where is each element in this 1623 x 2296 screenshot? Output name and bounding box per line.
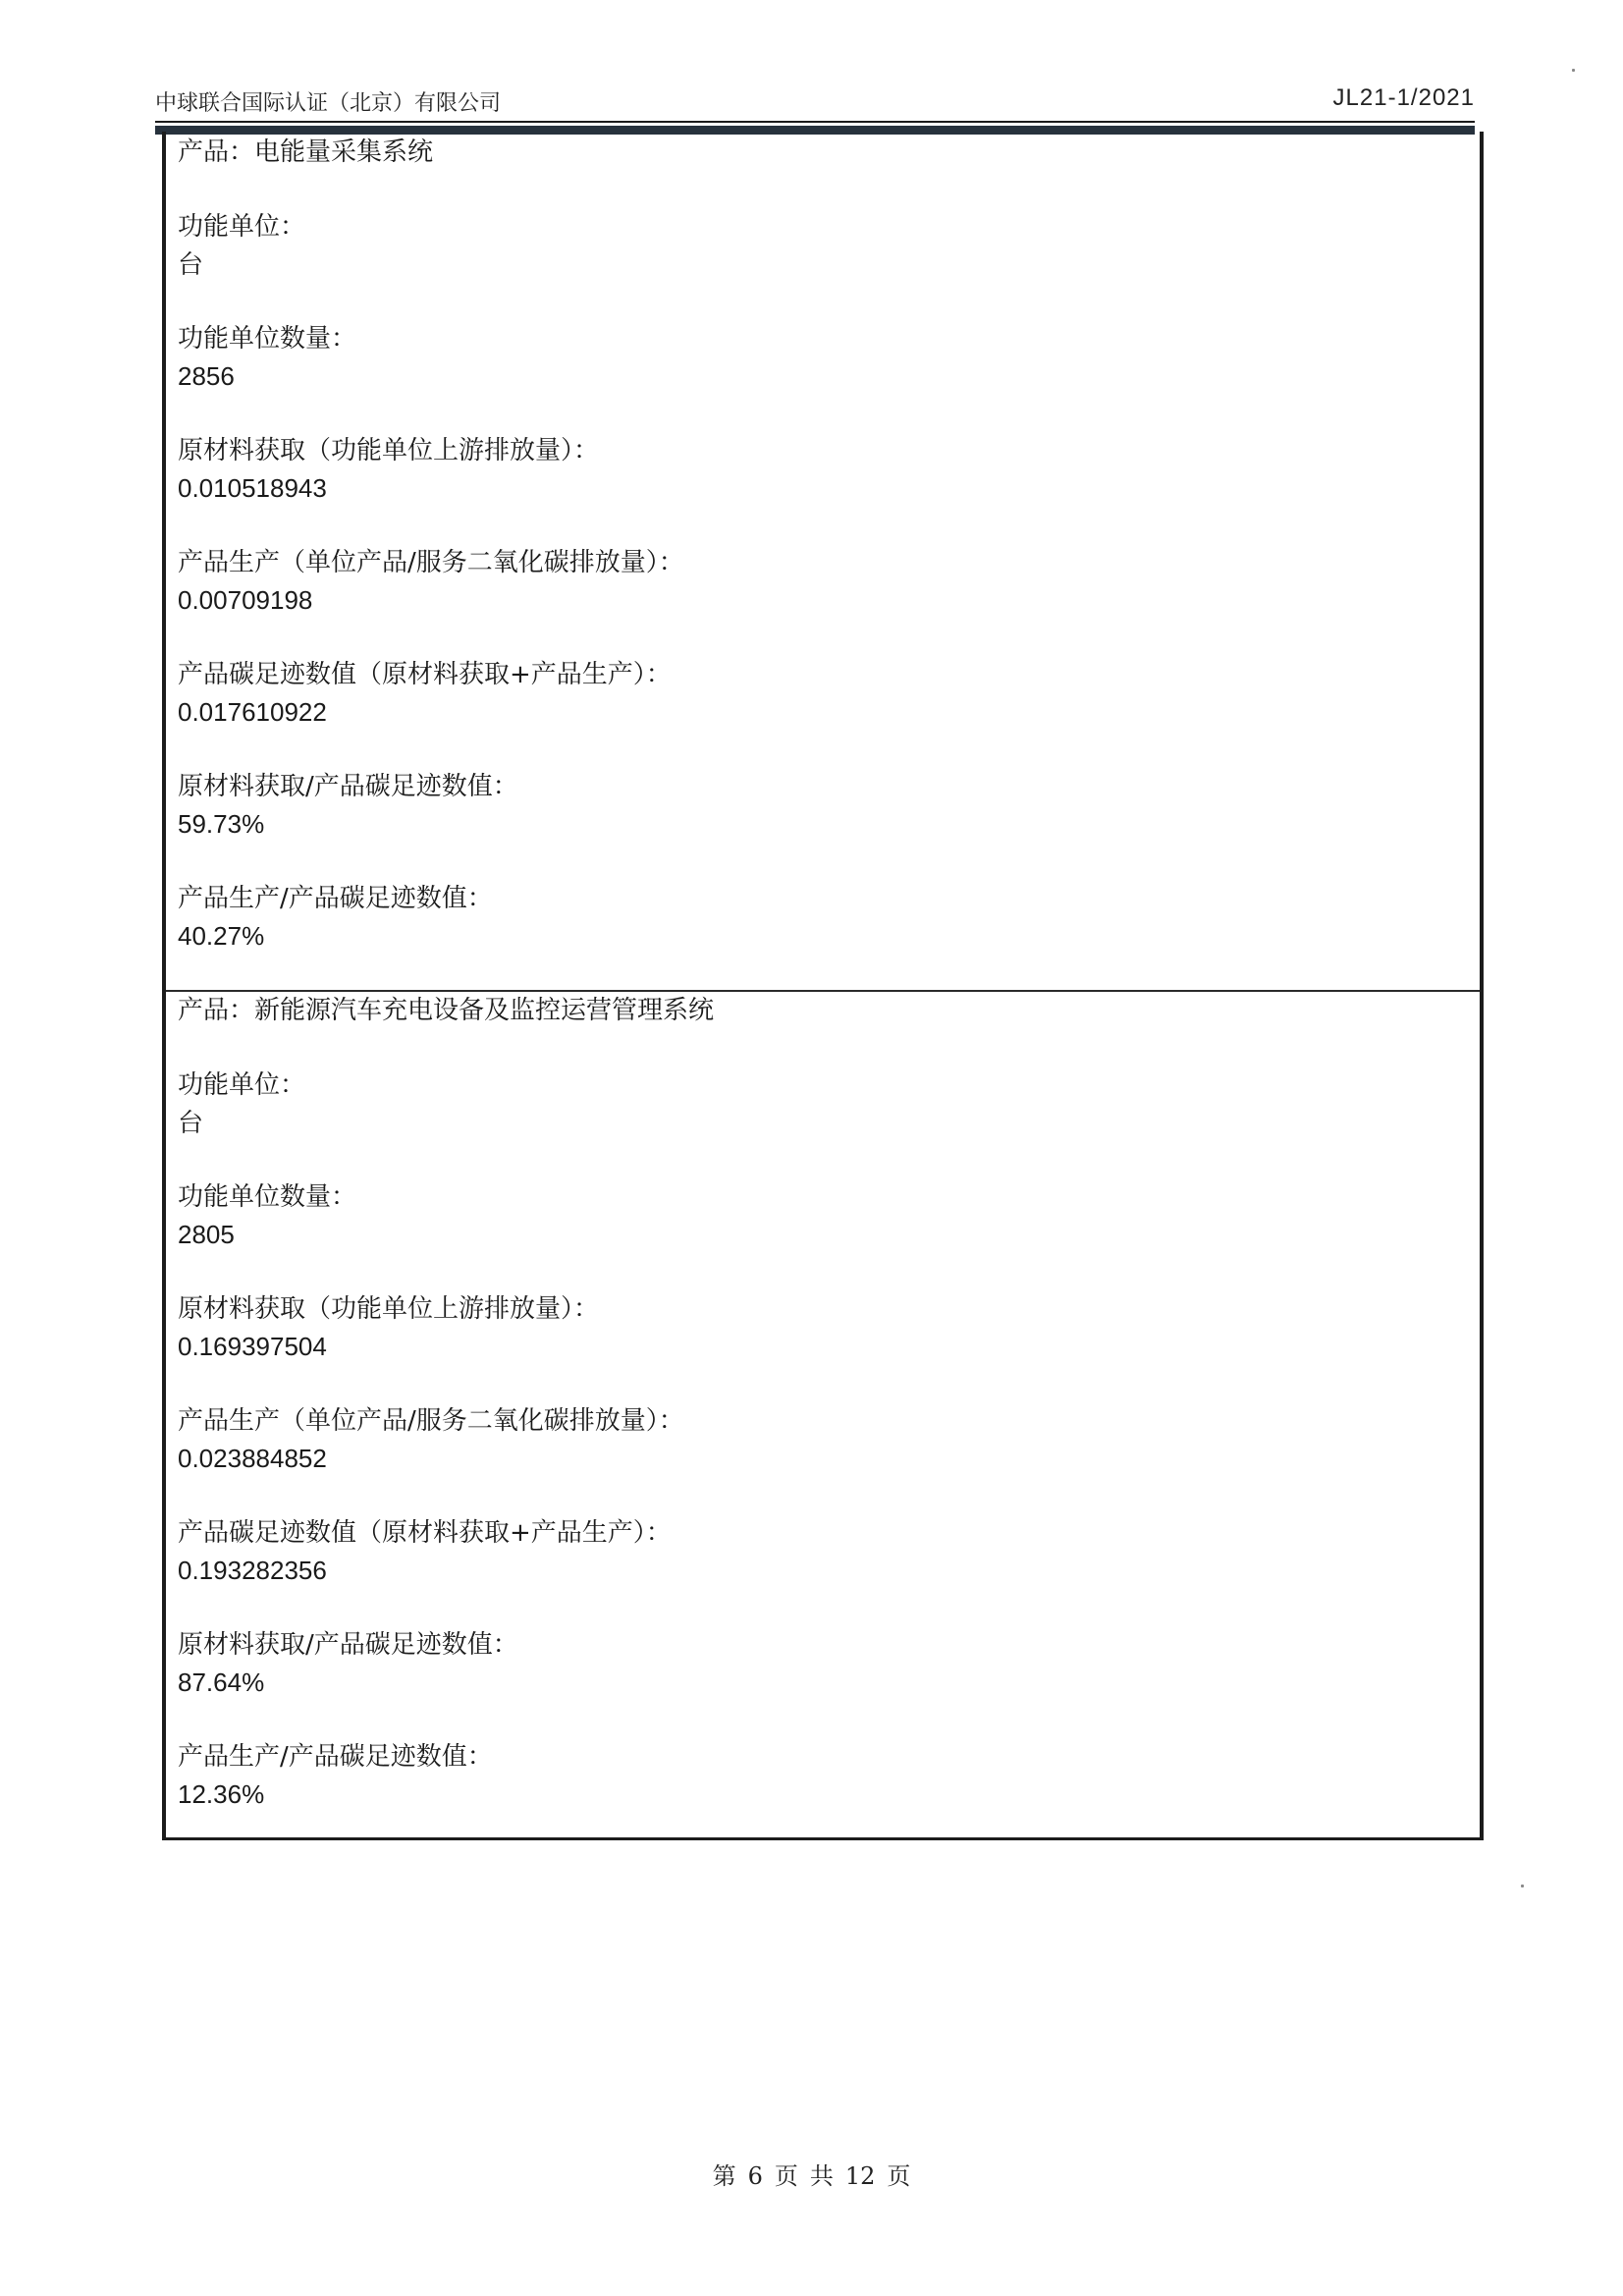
footer-total-pages: 12 [845, 2162, 876, 2190]
field-label: 产品碳足迹数值（原材料获取+产品生产）： [178, 656, 1480, 693]
field-value: 2805 [178, 1216, 1480, 1253]
field-label: 功能单位数量： [178, 1178, 1480, 1216]
header-rule-thin [155, 121, 1475, 123]
field-carbon-footprint-total: 产品碳足迹数值（原材料获取+产品生产）： 0.193282356 [178, 1514, 1480, 1589]
field-label: 原材料获取（功能单位上游排放量）： [178, 1290, 1480, 1328]
footer-page-word-2: 页 [887, 2162, 910, 2190]
field-value: 0.169397504 [178, 1328, 1480, 1365]
footer-page-word: 页 [775, 2162, 798, 2190]
field-raw-material-share: 原材料获取/产品碳足迹数值： 87.64% [178, 1626, 1480, 1701]
field-functional-unit: 功能单位： 台 [178, 1066, 1480, 1141]
field-value: 87.64% [178, 1664, 1480, 1701]
field-functional-unit-quantity: 功能单位数量： 2856 [178, 320, 1480, 395]
footer-total-prefix: 共 [810, 2162, 834, 2190]
field-value: 59.73% [178, 805, 1480, 843]
footer-current-page: 6 [748, 2162, 763, 2190]
field-raw-material-acquisition: 原材料获取（功能单位上游排放量）： 0.010518943 [178, 432, 1480, 507]
field-label: 功能单位： [178, 1066, 1480, 1104]
field-product-production: 产品生产（单位产品/服务二氧化碳排放量）： 0.00709198 [178, 544, 1480, 619]
field-value: 0.023884852 [178, 1440, 1480, 1477]
company-name: 中球联合国际认证（北京）有限公司 [155, 86, 501, 117]
field-value: 0.017610922 [178, 693, 1480, 731]
field-production-share: 产品生产/产品碳足迹数值： 12.36% [178, 1738, 1480, 1813]
field-raw-material-share: 原材料获取/产品碳足迹数值： 59.73% [178, 768, 1480, 843]
scan-speck [1521, 1885, 1524, 1887]
field-value: 台 [178, 1104, 1480, 1141]
field-label: 产品碳足迹数值（原材料获取+产品生产）： [178, 1514, 1480, 1552]
field-label: 原材料获取/产品碳足迹数值： [178, 768, 1480, 805]
field-label: 产品生产/产品碳足迹数值： [178, 880, 1480, 917]
field-raw-material-acquisition: 原材料获取（功能单位上游排放量）： 0.169397504 [178, 1290, 1480, 1365]
page-footer: 第6页共12页 [0, 2157, 1623, 2191]
field-functional-unit: 功能单位： 台 [178, 208, 1480, 283]
content-box: 产品：电能量采集系统 功能单位： 台 功能单位数量： 2856 原材料获取（功能… [162, 132, 1484, 1840]
field-label: 产品生产/产品碳足迹数值： [178, 1738, 1480, 1776]
product-section: 产品：新能源汽车充电设备及监控运营管理系统 功能单位： 台 功能单位数量： 28… [166, 990, 1480, 1840]
field-label: 原材料获取/产品碳足迹数值： [178, 1626, 1480, 1664]
scan-speck [1572, 69, 1575, 72]
footer-prefix: 第 [713, 2162, 736, 2190]
field-value: 40.27% [178, 917, 1480, 955]
field-product-production: 产品生产（单位产品/服务二氧化碳排放量）： 0.023884852 [178, 1402, 1480, 1477]
product-section: 产品：电能量采集系统 功能单位： 台 功能单位数量： 2856 原材料获取（功能… [166, 132, 1480, 989]
page-header: 中球联合国际认证（北京）有限公司 JL21-1/2021 [155, 82, 1475, 122]
field-carbon-footprint-total: 产品碳足迹数值（原材料获取+产品生产）： 0.017610922 [178, 656, 1480, 731]
field-value: 0.010518943 [178, 469, 1480, 507]
field-value: 台 [178, 246, 1480, 283]
field-value: 12.36% [178, 1776, 1480, 1813]
field-value: 0.193282356 [178, 1552, 1480, 1589]
field-label: 功能单位： [178, 208, 1480, 246]
field-production-share: 产品生产/产品碳足迹数值： 40.27% [178, 880, 1480, 955]
field-label: 原材料获取（功能单位上游排放量）： [178, 432, 1480, 469]
field-functional-unit-quantity: 功能单位数量： 2805 [178, 1178, 1480, 1253]
field-label: 功能单位数量： [178, 320, 1480, 357]
field-value: 2856 [178, 357, 1480, 395]
field-value: 0.00709198 [178, 581, 1480, 619]
field-label: 产品生产（单位产品/服务二氧化碳排放量）： [178, 544, 1480, 581]
product-title: 产品：电能量采集系统 [178, 134, 1480, 171]
document-code: JL21-1/2021 [1333, 84, 1475, 112]
product-title: 产品：新能源汽车充电设备及监控运营管理系统 [178, 992, 1480, 1029]
field-label: 产品生产（单位产品/服务二氧化碳排放量）： [178, 1402, 1480, 1440]
